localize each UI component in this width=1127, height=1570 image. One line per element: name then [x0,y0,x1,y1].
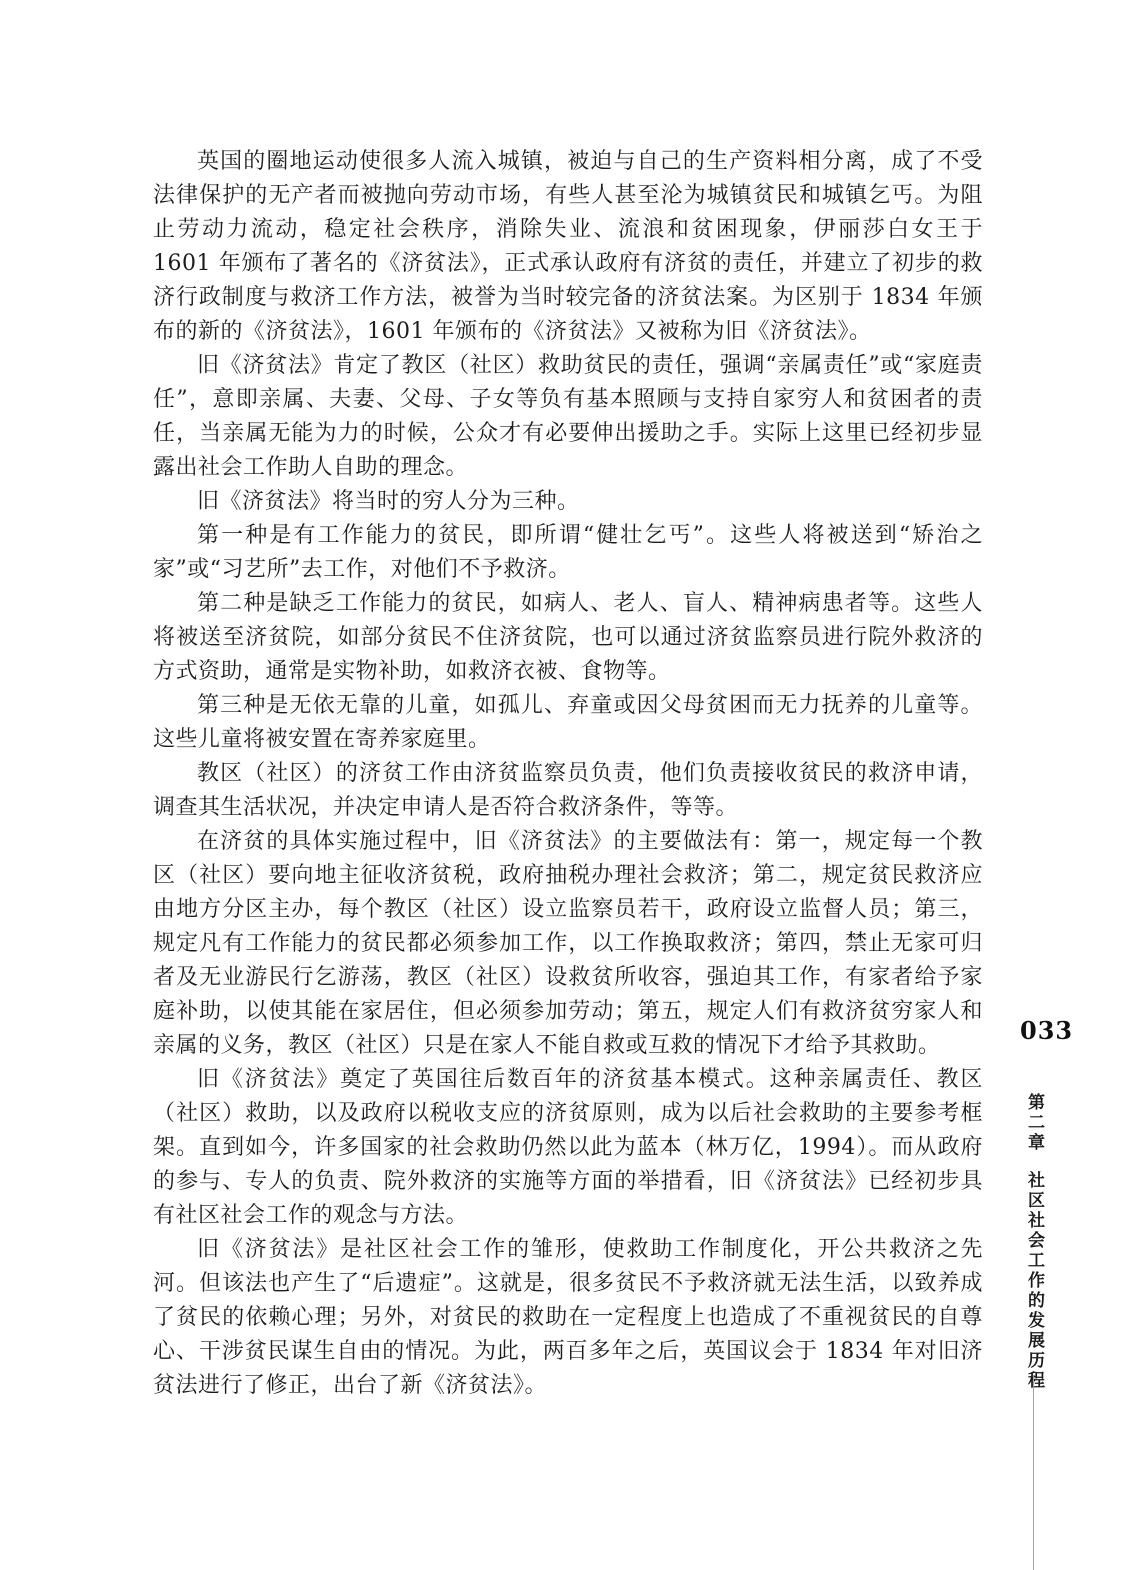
paragraph: 在济贫的具体实施过程中，旧《济贫法》的主要做法有：第一，规定每一个教区（社区）要… [153,825,983,1063]
body-text: 英国的圈地运动使很多人流入城镇，被迫与自己的生产资料相分离，成了不受法律保护的无… [153,145,983,1403]
paragraph: 教区（社区）的济贫工作由济贫监察员负责，他们负责接收贫民的救济申请，调查其生活状… [153,757,983,825]
paragraph: 第一种是有工作能力的贫民，即所谓“健壮乞丐”。这些人将被送到“矫治之家”或“习艺… [153,519,983,587]
paragraph: 旧《济贫法》肯定了教区（社区）救助贫民的责任，强调“亲属责任”或“家庭责任”，意… [153,349,983,485]
paragraph: 旧《济贫法》将当时的穷人分为三种。 [153,485,983,519]
paragraph: 第二种是缺乏工作能力的贫民，如病人、老人、盲人、精神病患者等。这些人将被送至济贫… [153,587,983,689]
book-page: 英国的圈地运动使很多人流入城镇，被迫与自己的生产资料相分离，成了不受法律保护的无… [0,0,1127,1570]
paragraph: 英国的圈地运动使很多人流入城镇，被迫与自己的生产资料相分离，成了不受法律保护的无… [153,145,983,349]
paragraph: 旧《济贫法》是社区社会工作的雏形，使救助工作制度化，开公共救济之先河。但该法也产… [153,1233,983,1403]
margin-rule-line [1033,1375,1034,1570]
chapter-number-label: 第二章 [1024,1093,1044,1153]
page-number: 033 [1020,1016,1073,1045]
chapter-marker: 第二章社区社会工作的发展历程 [1022,1093,1047,1391]
paragraph: 旧《济贫法》奠定了英国往后数百年的济贫基本模式。这种亲属责任、教区（社区）救助，… [153,1063,983,1233]
chapter-title-label: 社区社会工作的发展历程 [1024,1171,1044,1391]
paragraph: 第三种是无依无靠的儿童，如孤儿、弃童或因父母贫困而无力抚养的儿童等。这些儿童将被… [153,689,983,757]
